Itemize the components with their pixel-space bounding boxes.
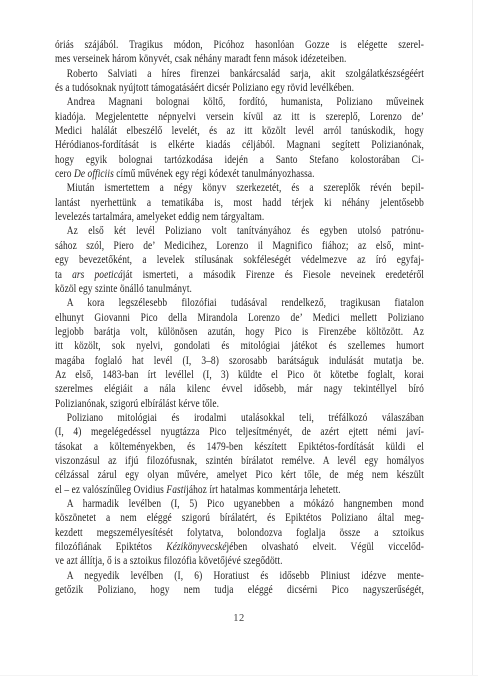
text-segment: (I, 4) megelégedéssel nyugtázza Pico tel… (55, 424, 424, 438)
text-segment: óriás szájából. Tragikus módon, Picóhoz … (55, 37, 424, 51)
work-title-italic: Fasti (166, 482, 186, 496)
text-line: A harmadik levélben (I, 5) Pico ugyanebb… (55, 496, 424, 510)
text-line: ta ars poeticáját ismerteti, a második F… (55, 267, 424, 281)
text-segment: Héródianos-fordítását is elkérte kiadás … (55, 137, 424, 151)
text-line: sához szól, Piero de’ Medicihez, Lorenzo… (55, 238, 424, 252)
text-line: Az első két levél Poliziano volt tanítvá… (55, 223, 424, 237)
text-line: Miután ismertettem a négy könyv szerkeze… (55, 180, 424, 194)
text-segment: Andrea Magnani bolognai költő, fordító, … (67, 94, 424, 108)
text-segment: cero (55, 166, 74, 180)
text-line: Polizianónak, szigorú elbírálást kérve t… (55, 396, 424, 410)
text-segment: tásokat a költeményekben, és 1479-ben ké… (55, 439, 424, 453)
text-line: A negyedik levélben (I, 6) Horatiust és … (55, 568, 424, 582)
text-segment: getőzik Poliziano, hogy nem tudja eléggé… (55, 582, 424, 596)
text-line: cero De officiis című művének egy régi k… (55, 166, 424, 180)
text-segment: A kora legszélesebb filozófiai tudásával… (67, 295, 424, 309)
text-segment: el – ez valószínűleg Ovidius (55, 482, 166, 496)
text-segment: viszonzásul az ifjú filozófusnak, szinté… (55, 453, 424, 467)
text-segment: A negyedik levélben (I, 6) Horatiust és … (67, 568, 424, 582)
text-line: Andrea Magnani bolognai költő, fordító, … (55, 94, 424, 108)
text-segment: ját ismerteti, a második Firenze és Fies… (123, 267, 424, 281)
text-segment: itt közölt, sok nyelvi, gondolati és mit… (55, 338, 424, 352)
text-segment: Miután ismertettem a négy könyv szerkeze… (67, 180, 424, 194)
text-segment: magába foglaló hat levél (I, 3–8) szoros… (55, 353, 424, 367)
text-segment: és a tudósoknak nyújtott támogatásáért d… (55, 80, 354, 94)
book-page: óriás szájából. Tragikus módon, Picóhoz … (0, 0, 478, 676)
text-segment: elhunyt Giovanni Pico della Mirandola Lo… (55, 310, 424, 324)
text-segment: sához szól, Piero de’ Medicihez, Lorenzo… (55, 238, 424, 252)
text-line: és a tudósoknak nyújtott támogatásáért d… (55, 80, 424, 94)
text-segment: ve azt állítja, ő is a sztoikus filozófi… (55, 553, 283, 567)
text-line: (I, 4) megelégedéssel nyugtázza Pico tel… (55, 424, 424, 438)
text-line: magába foglaló hat levél (I, 3–8) szoros… (55, 353, 424, 367)
text-line: óriás szájából. Tragikus módon, Picóhoz … (55, 37, 424, 51)
text-line: filozófiának Epiktétos Kézikönyvecskéjéb… (55, 539, 424, 553)
text-segment: szerelmes elégiáit a nála kilenc évvel i… (55, 381, 424, 395)
text-block: óriás szájából. Tragikus módon, Picóhoz … (55, 37, 424, 596)
text-line: kezdett megszemélyesítését folytatva, bo… (55, 525, 424, 539)
text-segment: köszönetet a nem eléggé szigorú bírálaté… (55, 510, 424, 524)
work-title-italic: Kézikönyvecské (166, 539, 226, 553)
text-line: levelezés tartalmára, amelyeket eddig ne… (55, 209, 424, 223)
text-segment: mes verseinek három könyvét, csak néhány… (55, 51, 346, 65)
text-line: mes verseinek három könyvét, csak néhány… (55, 51, 424, 65)
text-segment: közöl egy szinte önálló tanulmányt. (55, 281, 192, 295)
text-line: hogy egyik bolognai tartózkodása idején … (55, 152, 424, 166)
text-segment: Roberto Salviati a híres firenzei bankár… (67, 66, 424, 80)
text-line: legjobb barátja volt, különösen azután, … (55, 324, 424, 338)
text-line: itt közölt, sok nyelvi, gondolati és mit… (55, 338, 424, 352)
text-line: szerelmes elégiáit a nála kilenc évvel i… (55, 381, 424, 395)
text-line: közöl egy szinte önálló tanulmányt. (55, 281, 424, 295)
text-line: egy bevezetőként, a levelek stílusának s… (55, 252, 424, 266)
text-line: el – ez valószínűleg Ovidius Fastijához … (55, 482, 424, 496)
text-segment: hogy egyik bolognai tartózkodása idején … (55, 152, 424, 166)
text-segment: célzással zárul egy olyan művére, amelye… (55, 467, 424, 481)
text-line: tásokat a költeményekben, és 1479-ben ké… (55, 439, 424, 453)
text-line: Az első, 1483-ban írt levéllel (I, 3) kü… (55, 367, 424, 381)
text-segment: Poliziano mitológiai és irodalmi utaláso… (67, 410, 424, 424)
text-line: Roberto Salviati a híres firenzei bankár… (55, 66, 424, 80)
text-line: getőzik Poliziano, hogy nem tudja eléggé… (55, 582, 424, 596)
text-segment: Az első, 1483-ban írt levéllel (I, 3) kü… (55, 367, 424, 381)
text-segment: című művének egy régi kódexét tanulmányo… (114, 166, 315, 180)
text-line: Poliziano mitológiai és irodalmi utaláso… (55, 410, 424, 424)
page-edge-line (472, 0, 473, 676)
text-line: kiadója. Megjelentette népnyelvi versein… (55, 109, 424, 123)
text-segment: A harmadik levélben (I, 5) Pico ugyanebb… (67, 496, 424, 510)
text-line: A kora legszélesebb filozófiai tudásával… (55, 295, 424, 309)
text-segment: levelezés tartalmára, amelyeket eddig ne… (55, 209, 264, 223)
text-line: Héródianos-fordítását is elkérte kiadás … (55, 137, 424, 151)
text-segment: kiadója. Megjelentette népnyelvi versein… (55, 109, 424, 123)
text-segment: filozófiának Epiktétos (55, 539, 166, 553)
text-line: Medici halálát elbeszélő levelét, és az … (55, 123, 424, 137)
text-segment: lantást nyerhettünk a tematikába is, mos… (55, 195, 424, 209)
text-line: viszonzásul az ifjú filozófusnak, szinté… (55, 453, 424, 467)
text-line: ve azt állítja, ő is a sztoikus filozófi… (55, 553, 424, 567)
text-line: elhunyt Giovanni Pico della Mirandola Lo… (55, 310, 424, 324)
text-segment: Medici halálát elbeszélő levelét, és az … (55, 123, 424, 137)
work-title-italic: ars poeticá (72, 267, 123, 281)
work-title-italic: De officiis (74, 166, 114, 180)
text-segment: kezdett megszemélyesítését folytatva, bo… (55, 525, 424, 539)
text-line: köszönetet a nem eléggé szigorú bírálaté… (55, 510, 424, 524)
text-segment: egy bevezetőként, a levelek stílusának s… (55, 252, 424, 266)
text-segment: Polizianónak, szigorú elbírálást kérve t… (55, 396, 219, 410)
text-segment: jében olvasható elveit. Végül viccelőd- (226, 539, 423, 553)
text-segment: jához írt hatalmas kommentárja lehetett. (186, 482, 341, 496)
text-segment: legjobb barátja volt, különösen azután, … (55, 324, 424, 338)
text-segment: Az első két levél Poliziano volt tanítvá… (67, 223, 424, 237)
page-number: 12 (0, 613, 478, 624)
text-segment: ta (55, 267, 72, 281)
text-line: célzással zárul egy olyan művére, amelye… (55, 467, 424, 481)
text-line: lantást nyerhettünk a tematikába is, mos… (55, 195, 424, 209)
